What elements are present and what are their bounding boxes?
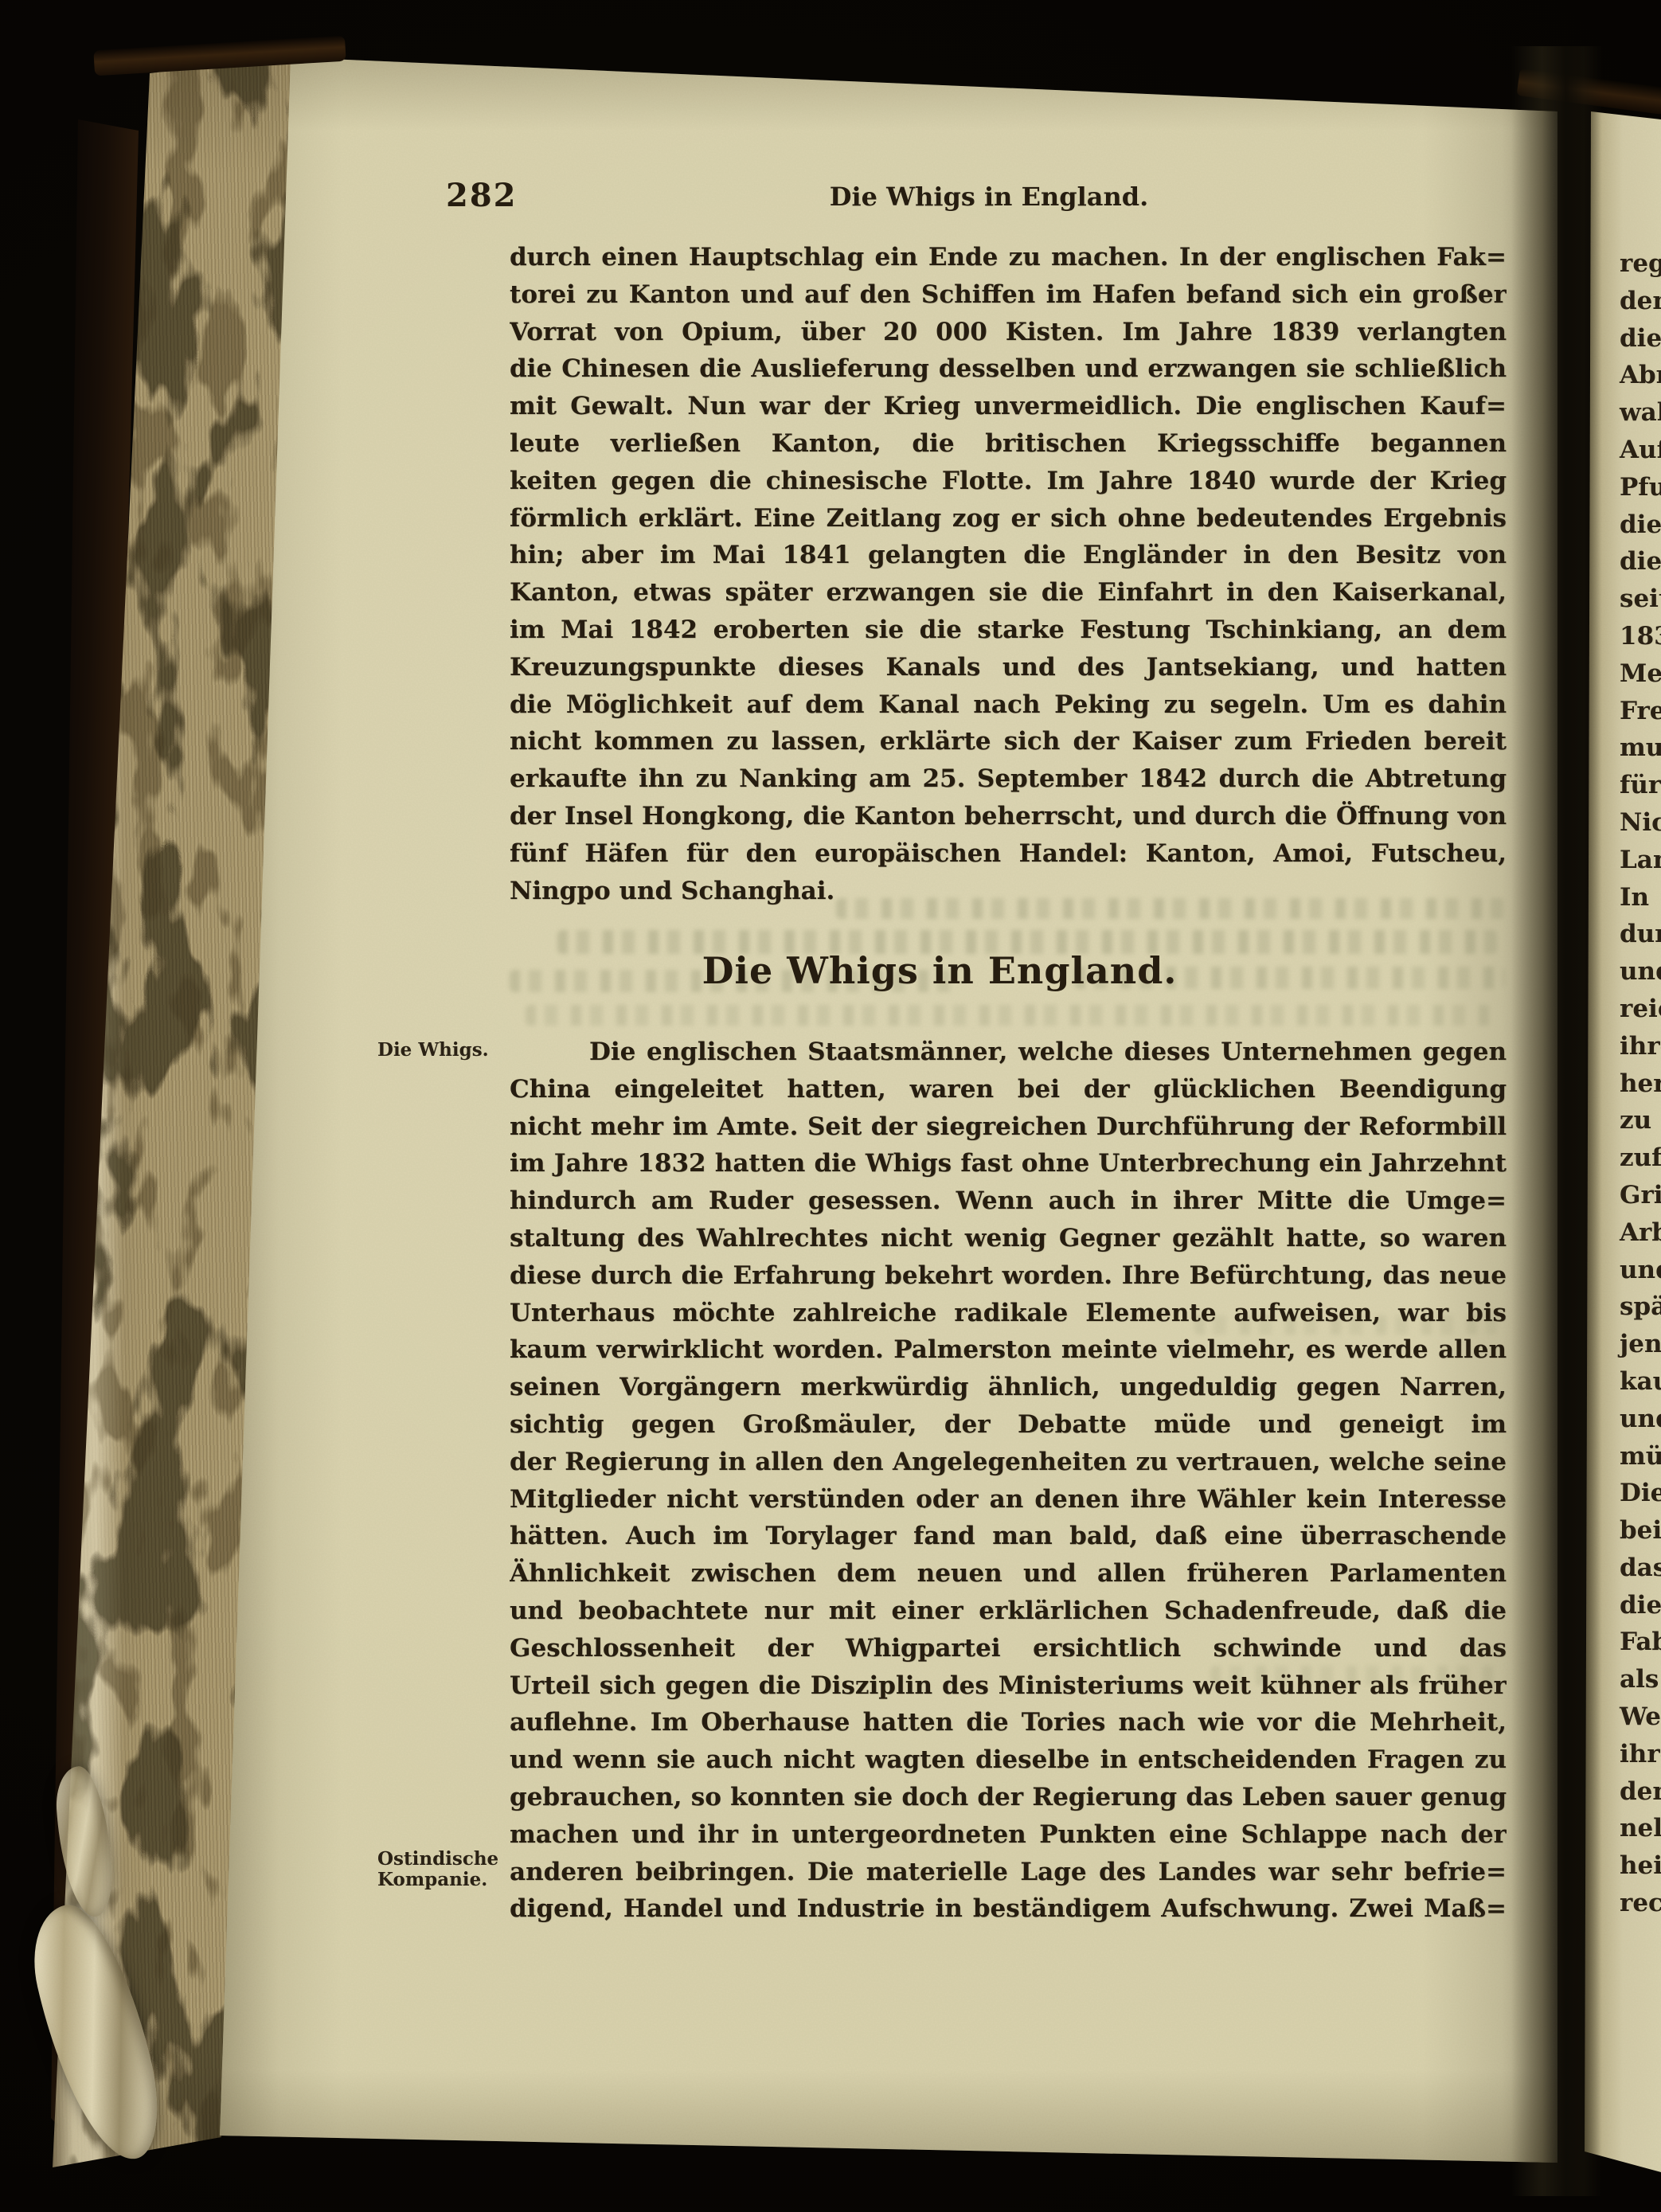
text-line: der Insel Hongkong, die Kanton beherrsch…	[510, 798, 1507, 835]
next-page-text-fragment: In	[1620, 879, 1661, 916]
next-page-text-fragment: zufr	[1620, 1139, 1661, 1177]
next-page-text-fragment: Me	[1620, 655, 1661, 693]
text-line: und wenn sie auch nicht wagten dieselbe …	[510, 1741, 1507, 1779]
next-page-text-fragment: die	[1620, 506, 1661, 544]
next-page-text-fragment: die	[1620, 1587, 1661, 1624]
text-line: diese durch die Erfahrung bekehrt worden…	[510, 1257, 1507, 1295]
text-line: erkaufte ihn zu Nanking am 25. September…	[510, 760, 1507, 798]
text-line: Vorrat von Opium, über 20 000 Kisten. Im…	[510, 314, 1507, 351]
text-line: leute verließen Kanton, die britischen K…	[510, 425, 1507, 463]
text-line: Die englischen Staatsmänner, welche dies…	[510, 1034, 1507, 1071]
next-page-text-fragment: Fre	[1620, 693, 1661, 730]
next-page-text-fragment: reich	[1620, 991, 1661, 1028]
text-line: Kanton, etwas später erzwangen sie die E…	[510, 574, 1507, 612]
text-line: nicht mehr im Amte. Seit der siegreichen…	[510, 1108, 1507, 1146]
text-line: Ähnlichkeit zwischen dem neuen und allen…	[510, 1555, 1507, 1593]
text-line: Ningpo und Schanghai.	[510, 873, 1507, 910]
next-page-text-fragment: 183	[1620, 618, 1661, 655]
next-page-text-fragment: das	[1620, 1550, 1661, 1587]
gutter-shadow	[1511, 46, 1602, 2196]
text-line: hindurch am Ruder gesessen. Wenn auch in…	[510, 1182, 1507, 1220]
text-line: kaum verwirklicht worden. Palmerston mei…	[510, 1331, 1507, 1369]
text-line: mit Gewalt. Nun war der Krieg unvermeidl…	[510, 388, 1507, 425]
next-page-text-fragment: die	[1620, 543, 1661, 580]
text-line: der Regierung in allen den Angelegenheit…	[510, 1444, 1507, 1481]
scan-background: { "page": { "number": "282", "running_he…	[0, 0, 1661, 2212]
next-page-text-fragment: mut	[1620, 729, 1661, 767]
text-line: im Jahre 1832 hatten die Whigs fast ohne…	[510, 1145, 1507, 1182]
text-line: Geschlossenheit der Whigpartei ersichtli…	[510, 1630, 1507, 1667]
text-line: hätten. Auch im Torylager fand man bald,…	[510, 1518, 1507, 1555]
next-page-text-fragment: rech	[1620, 1885, 1661, 1922]
next-page-text-fragment: den	[1620, 283, 1661, 320]
next-page-text-fragment: seit	[1620, 580, 1661, 618]
next-page-text-fragment: Lan	[1620, 842, 1661, 879]
next-page-text-fragment: Arb	[1620, 1214, 1661, 1252]
next-page-text-fragment: Fab	[1620, 1624, 1661, 1661]
next-page-text-fragment: ihre	[1620, 1028, 1661, 1065]
text-line: Urteil sich gegen die Disziplin des Mini…	[510, 1667, 1507, 1705]
next-page-text-fragment: dem	[1620, 1773, 1661, 1811]
text-line: keiten gegen die chinesische Flotte. Im …	[510, 463, 1507, 500]
margin-note-ostindische-kompanie: OstindischeKompanie.	[377, 1849, 502, 1890]
text-line: Unterhaus möchte zahlreiche radikale Ele…	[510, 1295, 1507, 1332]
next-page-text-fragment: die	[1620, 320, 1661, 358]
text-line: die Möglichkeit auf dem Kanal nach Pekin…	[510, 686, 1507, 724]
text-line: und beobachtete nur mit einer erklärlich…	[510, 1593, 1507, 1630]
next-page-text-fragment: Gri	[1620, 1177, 1661, 1214]
next-page-text-fragment: als	[1620, 1661, 1661, 1698]
next-page-text-fragment: hein	[1620, 1847, 1661, 1885]
next-page-text-fragment: und	[1620, 1252, 1661, 1289]
whigs-paragraph: Die englischen Staatsmänner, welche dies…	[510, 1034, 1507, 1928]
next-page-text-fragment: ihre	[1620, 1736, 1661, 1773]
text-line: torei zu Kanton und auf den Schiffen im …	[510, 276, 1507, 314]
text-line: die Chinesen die Auslieferung desselben …	[510, 350, 1507, 388]
text-line: fünf Häfen für den europäischen Handel: …	[510, 835, 1507, 873]
next-page-text-fragment: Nich	[1620, 804, 1661, 842]
next-page-text-fragment: reg	[1620, 245, 1661, 283]
text-line: hin; aber im Mai 1841 gelangten die Engl…	[510, 537, 1507, 574]
next-page-text-fragment: müh	[1620, 1438, 1661, 1475]
next-page-text-fragment: jeni	[1620, 1326, 1661, 1363]
text-line: seinen Vorgängern merkwürdig ähnlich, un…	[510, 1369, 1507, 1406]
margin-note-die-whigs: Die Whigs.	[377, 1040, 502, 1061]
text-line: staltung des Wahlrechtes nicht wenig Geg…	[510, 1220, 1507, 1257]
margin-note-line: Ostindische	[377, 1849, 502, 1870]
text-line: China eingeleitet hatten, waren bei der …	[510, 1071, 1507, 1108]
text-line: auflehne. Im Oberhause hatten die Tories…	[510, 1704, 1507, 1741]
next-page-text-fragment: nell	[1620, 1810, 1661, 1847]
text-line: förmlich erklärt. Eine Zeitlang zog er s…	[510, 500, 1507, 537]
next-page-text-fragment: dur	[1620, 916, 1661, 953]
next-page-text-fragment: bei	[1620, 1512, 1661, 1550]
text-line: gebrauchen, so konnten sie doch der Regi…	[510, 1779, 1507, 1816]
section-heading: Die Whigs in England.	[441, 949, 1438, 992]
opium-war-paragraph: durch einen Hauptschlag ein Ende zu mach…	[510, 239, 1507, 909]
text-line: Kreuzungspunkte dieses Kanals und des Ja…	[510, 649, 1507, 686]
book-scan: regdendieAbrwalAufPfudiedieseit183MeFrem…	[0, 0, 1661, 2212]
next-page-text-fragment: Pfu	[1620, 469, 1661, 506]
next-page-text-fragment: wal	[1620, 394, 1661, 432]
next-page-text-fragment: zu	[1620, 1102, 1661, 1139]
next-page-text-fragment: kauf	[1620, 1363, 1661, 1401]
text-line: machen und ihr in untergeordneten Punkte…	[510, 1816, 1507, 1854]
next-page-text-fragment: Die	[1620, 1475, 1661, 1512]
text-line: anderen beibringen. Die materielle Lage …	[510, 1854, 1507, 1891]
next-page-text-fragment: für	[1620, 767, 1661, 804]
text-line: sichtig gegen Großmäuler, der Debatte mü…	[510, 1406, 1507, 1444]
next-page-text-fragment: herr	[1620, 1065, 1661, 1103]
text-line: im Mai 1842 eroberten sie die starke Fes…	[510, 612, 1507, 649]
running-header: Die Whigs in England.	[490, 182, 1487, 212]
text-line: nicht kommen zu lassen, erklärte sich de…	[510, 723, 1507, 760]
next-page-text-fragment: und	[1620, 953, 1661, 991]
next-page-text-fragment: spät	[1620, 1288, 1661, 1326]
next-page-text-fragment: Auf	[1620, 432, 1661, 469]
text-line: durch einen Hauptschlag ein Ende zu mach…	[510, 239, 1507, 276]
next-page-text-fragment: Wer	[1620, 1698, 1661, 1736]
bleed-through-ghost	[526, 1005, 1497, 1026]
text-line: digend, Handel und Industrie in beständi…	[510, 1890, 1507, 1928]
next-page-text-fragment: Abr	[1620, 357, 1661, 394]
margin-note-line: Kompanie.	[377, 1870, 502, 1890]
text-line: Mitglieder nicht verstünden oder an dene…	[510, 1481, 1507, 1518]
next-page-text-fragment: und	[1620, 1401, 1661, 1438]
